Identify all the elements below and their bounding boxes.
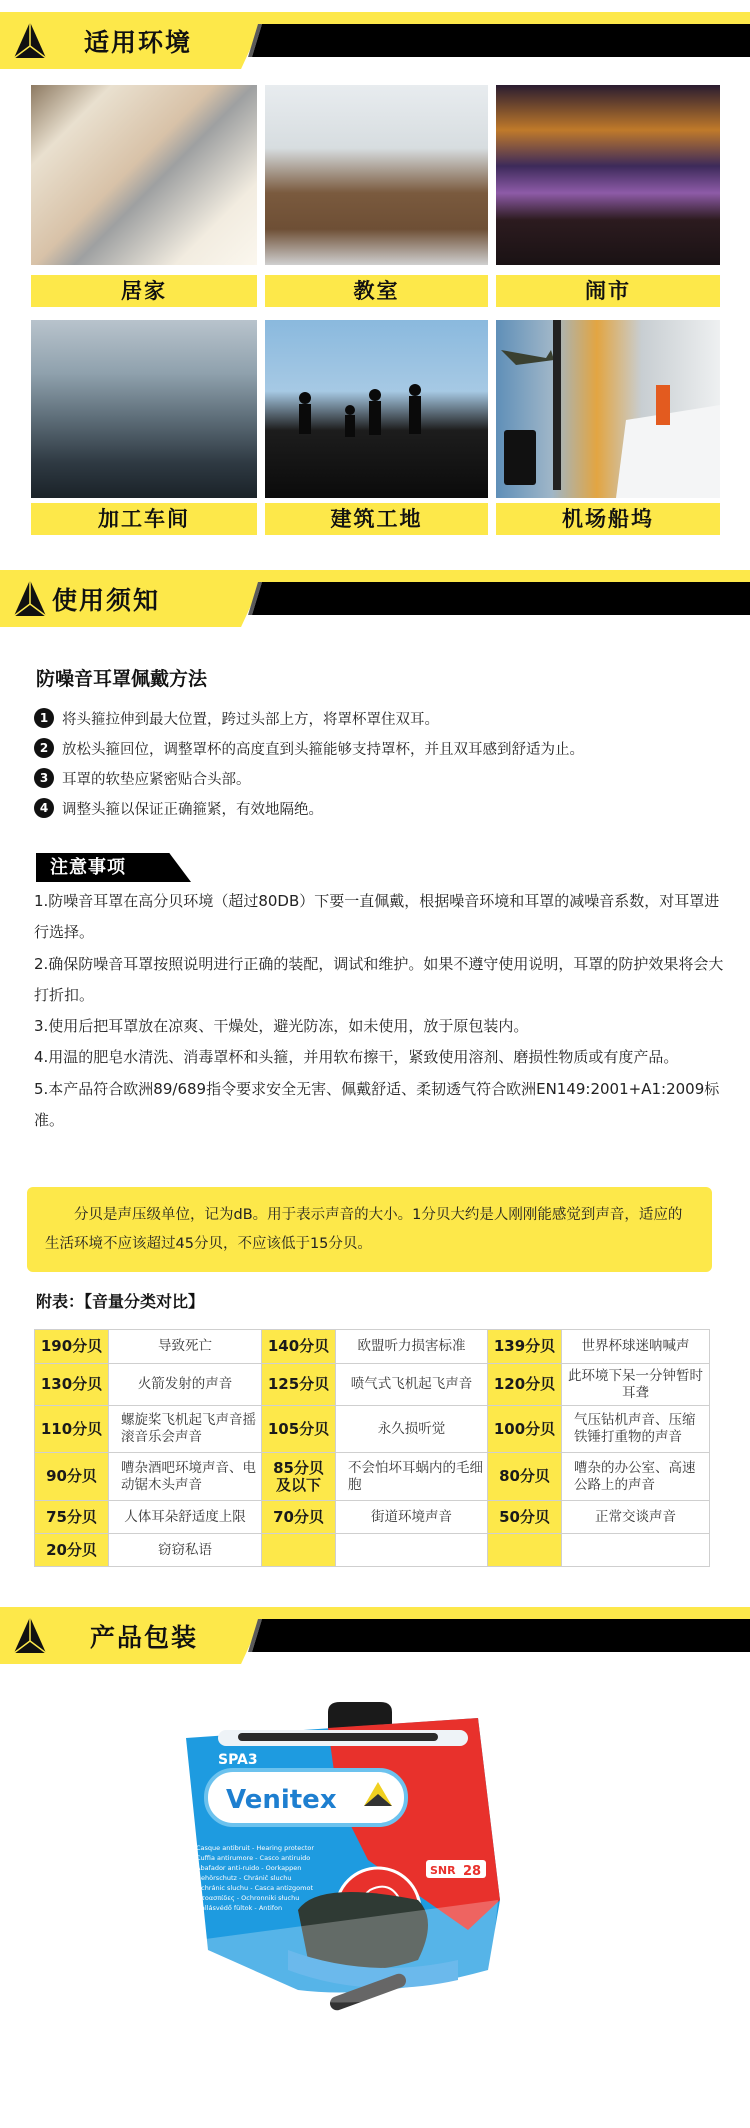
- couple-sleeping-photo: [31, 85, 257, 265]
- table-title: 附表：【音量分类对比】: [36, 1289, 204, 1312]
- decibel-level: 80分贝: [488, 1453, 562, 1501]
- airport-dock-photo: [496, 320, 720, 498]
- step-number-badge: 2: [34, 738, 54, 758]
- snr-label: SNR: [430, 1864, 456, 1877]
- decibel-level: 20分贝: [35, 1534, 109, 1567]
- package-text-line: Ωτοασπίδες - Ochronniki słuchu: [196, 1894, 299, 1902]
- package-text-line: Abafador anti-ruido - Oorkappen: [196, 1864, 301, 1872]
- step-number-badge: 4: [34, 798, 54, 818]
- snr-value: 28: [463, 1864, 481, 1879]
- step-text: 耳罩的软垫应紧密贴合头部。: [62, 768, 251, 789]
- banner-black-bar: [252, 582, 750, 615]
- decibel-description: 永久损听觉: [336, 1406, 488, 1453]
- section-banner-usage: 使用须知: [0, 570, 750, 627]
- decibel-level: 140分贝: [262, 1330, 336, 1364]
- banner-black-bar: [252, 24, 750, 57]
- decibel-description: 正常交谈声音: [562, 1501, 710, 1534]
- step-number-badge: 3: [34, 768, 54, 788]
- decibel-description: 窃窃私语: [109, 1534, 262, 1567]
- decibel-description: 世界杯球迷呐喊声: [562, 1330, 710, 1364]
- decibel-level: 90分贝: [35, 1453, 109, 1501]
- decibel-description: 不会怕坏耳蜗内的毛细胞: [336, 1453, 488, 1501]
- earmuff-package-illustration: Venitex SPA3 Casque antibruit - Hearing …: [178, 1700, 558, 2065]
- table-row: 20分贝 窃窃私语: [35, 1534, 710, 1567]
- step-text: 放松头箍回位，调整罩杯的高度直到头箍能够支持罩杯，并且双耳感到舒适为止。: [62, 738, 584, 759]
- wearing-step: 4 调整头箍以保证正确箍紧，有效地隔绝。: [34, 793, 724, 823]
- step-text: 将头箍拉伸到最大位置，跨过头部上方，将罩杯罩住双耳。: [62, 708, 439, 729]
- section-title: 产品包装: [90, 1618, 198, 1654]
- product-package-photo: Venitex SPA3 Casque antibruit - Hearing …: [178, 1700, 558, 2065]
- decibel-description: 嘈杂的办公室、高速公路上的声音: [562, 1453, 710, 1501]
- model-name: SPA3: [218, 1752, 258, 1768]
- decibel-description: 嘈杂酒吧环境声音、电动锯木头声音: [109, 1453, 262, 1501]
- environment-label: 建筑工地: [265, 503, 488, 535]
- decibel-level: 75分贝: [35, 1501, 109, 1534]
- decibel-level: 125分贝: [262, 1364, 336, 1406]
- decibel-description: 导致死亡: [109, 1330, 262, 1364]
- decibel-description: 喷气式飞机起飞声音: [336, 1364, 488, 1406]
- table-row: 75分贝 人体耳朵舒适度上限 70分贝 街道环境声音 50分贝 正常交谈声音: [35, 1501, 710, 1534]
- decibel-level: [488, 1534, 562, 1567]
- decibel-description: 气压钻机声音、压缩铁锤打重物的声音: [562, 1406, 710, 1453]
- section-title: 使用须知: [52, 581, 160, 617]
- package-text-line: Hallásvédő fültok - Antifon: [196, 1903, 282, 1912]
- decibel-description: [562, 1534, 710, 1567]
- decibel-level: 105分贝: [262, 1406, 336, 1453]
- decibel-level: 50分贝: [488, 1501, 562, 1534]
- decibel-description: [336, 1534, 488, 1567]
- decibel-level: 70分贝: [262, 1501, 336, 1534]
- decibel-level: 190分贝: [35, 1330, 109, 1364]
- step-number-badge: 1: [34, 708, 54, 728]
- table-row: 130分贝 火箭发射的声音 125分贝 喷气式飞机起飞声音 120分贝 此环境下…: [35, 1364, 710, 1406]
- table-row: 90分贝 嘈杂酒吧环境声音、电动锯木头声音 85分贝及以下 不会怕坏耳蜗内的毛细…: [35, 1453, 710, 1501]
- notice-item: 1.防噪音耳罩在高分贝环境（超过80DB）下要一直佩戴，根据噪音环境和耳罩的减噪…: [34, 886, 724, 949]
- notice-item: 3.使用后把耳罩放在凉爽、干燥处，避光防冻，如未使用，放于原包装内。: [34, 1011, 724, 1042]
- decibel-info-box: 分贝是声压级单位，记为dB。用于表示声音的大小。1分贝大约是人刚刚能感觉到声音，…: [27, 1187, 712, 1272]
- table-row: 110分贝 螺旋桨飞机起飞声音摇滚音乐会声音 105分贝 永久损听觉 100分贝…: [35, 1406, 710, 1453]
- wearing-method-title: 防噪音耳罩佩戴方法: [36, 664, 207, 691]
- wearing-step: 3 耳罩的软垫应紧密贴合头部。: [34, 763, 724, 793]
- wearing-step: 2 放松头箍回位，调整罩杯的高度直到头箍能够支持罩杯，并且双耳感到舒适为止。: [34, 733, 724, 763]
- classroom-studying-photo: [265, 85, 488, 265]
- decibel-comparison-table: 190分贝 导致死亡 140分贝 欧盟听力损害标准 139分贝 世界杯球迷呐喊声…: [34, 1329, 710, 1567]
- banner-black-bar: [252, 1619, 750, 1652]
- venitex-triangle-logo-icon: [12, 20, 48, 62]
- decibel-description: 欧盟听力损害标准: [336, 1330, 488, 1364]
- wearing-steps-list: 1 将头箍拉伸到最大位置，跨过头部上方，将罩杯罩住双耳。 2 放松头箍回位，调整…: [34, 703, 724, 823]
- section-banner-environment: 适用环境: [0, 12, 750, 69]
- section-title: 适用环境: [84, 23, 192, 59]
- section-banner-package: 产品包装: [0, 1607, 750, 1664]
- step-text: 调整头箍以保证正确箍紧，有效地隔绝。: [62, 798, 323, 819]
- wearing-step: 1 将头箍拉伸到最大位置，跨过头部上方，将罩杯罩住双耳。: [34, 703, 724, 733]
- package-text-line: Casque antibruit - Hearing protector: [196, 1844, 314, 1852]
- notice-list: 1.防噪音耳罩在高分贝环境（超过80DB）下要一直佩戴，根据噪音环境和耳罩的减噪…: [34, 886, 724, 1136]
- worker-silhouettes-icon: [265, 320, 488, 498]
- notice-tag: 注意事项: [36, 853, 191, 882]
- decibel-level: 100分贝: [488, 1406, 562, 1453]
- decibel-description: 此环境下呆一分钟暂时耳聋: [562, 1364, 710, 1406]
- package-text-line: Gehörschutz - Chránič sluchu: [196, 1874, 291, 1882]
- busy-street-photo: [496, 85, 720, 265]
- decibel-level: 139分贝: [488, 1330, 562, 1364]
- venitex-triangle-logo-icon: [12, 578, 48, 620]
- decibel-description: 火箭发射的声音: [109, 1364, 262, 1406]
- notice-item: 2.确保防噪音耳罩按照说明进行正确的装配，调试和维护。如果不遵守使用说明，耳罩的…: [34, 949, 724, 1012]
- environment-label: 加工车间: [31, 503, 257, 535]
- decibel-level: 85分贝及以下: [262, 1453, 336, 1501]
- decibel-description: 街道环境声音: [336, 1501, 488, 1534]
- decibel-level: [262, 1534, 336, 1567]
- notice-item: 4.用温的肥皂水清洗、消毒罩杯和头箍，并用软布擦干，紧致使用溶剂、磨损性物质或有…: [34, 1042, 724, 1073]
- environment-label: 闹市: [496, 275, 720, 307]
- airplane-ship-icon: [496, 320, 720, 498]
- notice-item: 5.本产品符合欧洲89/689指令要求安全无害、佩戴舒适、柔韧透气符合欧洲EN1…: [34, 1074, 724, 1137]
- environment-label: 机场船坞: [496, 503, 720, 535]
- package-text-line: Cuffia antirumore - Casco antiruido: [196, 1854, 310, 1862]
- environment-label: 居家: [31, 275, 257, 307]
- decibel-level: 110分贝: [35, 1406, 109, 1453]
- venitex-triangle-logo-icon: [12, 1615, 48, 1657]
- decibel-level: 130分贝: [35, 1364, 109, 1406]
- package-text-line: Ochránic sluchu - Casca antizgomot: [196, 1884, 313, 1892]
- brand-name: Venitex: [226, 1785, 337, 1815]
- decibel-description: 螺旋桨飞机起飞声音摇滚音乐会声音: [109, 1406, 262, 1453]
- environment-label: 教室: [265, 275, 488, 307]
- table-row: 190分贝 导致死亡 140分贝 欧盟听力损害标准 139分贝 世界杯球迷呐喊声: [35, 1330, 710, 1364]
- decibel-description: 人体耳朵舒适度上限: [109, 1501, 262, 1534]
- decibel-level: 120分贝: [488, 1364, 562, 1406]
- construction-site-photo: [265, 320, 488, 498]
- factory-workshop-photo: [31, 320, 257, 498]
